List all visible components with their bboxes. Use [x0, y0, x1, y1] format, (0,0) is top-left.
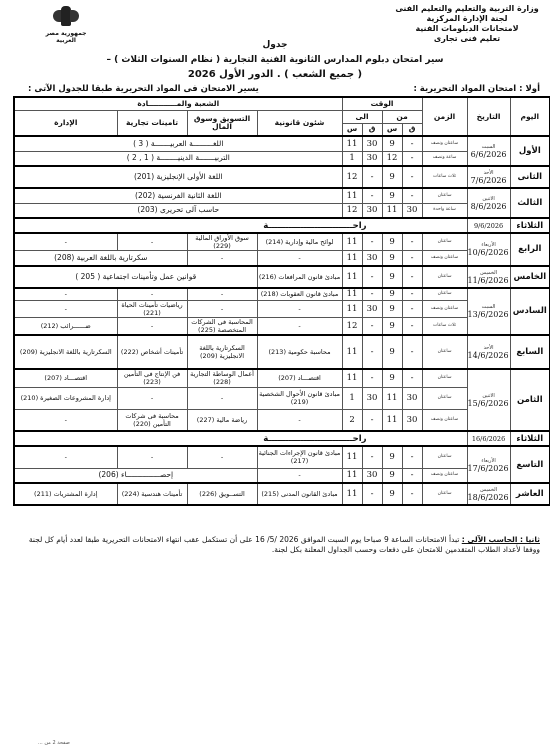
exam-row: السادسالسبت13/6/2026ساعتان-9-11مبادئ قان… — [14, 288, 550, 301]
subject-insurance: رياضيات تأمينات الحياة (221) — [117, 301, 187, 318]
day-name: الثامن — [510, 369, 550, 431]
exam-date: 16/6/2026 — [467, 431, 510, 446]
from-hour: 9 — [382, 251, 402, 266]
header-to-min: ق — [362, 123, 382, 136]
rest-label: راحـــــــــــــــــــــــــــــة — [14, 431, 467, 446]
to-hour: 11 — [342, 468, 362, 483]
subject-shared: قوانين عمل وتأمينات اجتماعية ( 205 ) — [14, 266, 257, 288]
date-cell: السبت13/6/2026 — [467, 288, 510, 336]
header-marketing: التسويق وسوق المال — [187, 110, 257, 136]
header-duration: الزمن — [422, 97, 467, 136]
subject-all-divisions: اللغة الثانية الفرنسية (202) — [14, 188, 342, 203]
subject-legal: لوائح مالية وإدارية (214) — [257, 233, 342, 251]
from-minute: - — [402, 468, 422, 483]
to-hour: 11 — [342, 301, 362, 318]
to-minute: 30 — [362, 203, 382, 218]
section-intro: يسير الامتحان فى المواد التحريرية طبقا ل… — [28, 84, 259, 94]
subject-marketing: - — [187, 251, 257, 266]
header-from-hour: س — [382, 123, 402, 136]
day-name: العاشر — [510, 483, 550, 505]
header-day: اليوم — [510, 97, 550, 136]
from-hour: 9 — [382, 335, 402, 369]
subject-marketing: المحاسبة فى الشركات المتخصصة (225) — [187, 318, 257, 336]
to-hour: 11 — [342, 266, 362, 288]
to-hour: 11 — [342, 233, 362, 251]
from-minute: - — [402, 251, 422, 266]
to-minute: 30 — [362, 251, 382, 266]
exam-row: الثانىالأحد7/6/2026ثلاث ساعات-9-12اللغة … — [14, 166, 550, 188]
to-hour: 11 — [342, 369, 362, 387]
ministry-line: لامتحانات الدبلومات الفنية — [392, 24, 542, 34]
duration: ساعتان — [422, 369, 467, 387]
header-to: الى — [342, 110, 382, 123]
exam-date: 6/6/2026 — [471, 150, 507, 159]
exam-date: 17/6/2026 — [468, 464, 509, 473]
to-minute: - — [362, 166, 382, 188]
subject-insurance: - — [117, 446, 187, 468]
header-insurance: تامينات تجارية — [117, 110, 187, 136]
exam-row: الثالثالاثنين8/6/2026ساعتان-9-11اللغة ال… — [14, 188, 550, 203]
from-minute: 30 — [402, 203, 422, 218]
to-hour: 12 — [342, 166, 362, 188]
subject-legal: مبادئ القانون المدنى (215) — [257, 483, 342, 505]
date-cell: الأربعاء17/6/2026 — [467, 446, 510, 483]
to-minute: - — [362, 409, 382, 431]
rest-day-row: الثلاثاء16/6/2026راحــــــــــــــــــــ… — [14, 431, 550, 446]
exam-date: 7/6/2026 — [471, 176, 507, 185]
subject-admin: ضــــــرائب (212) — [14, 318, 117, 336]
from-hour: 11 — [382, 387, 402, 409]
subject-marketing: السكرتارية باللغة الانجليزية (209) — [187, 335, 257, 369]
exam-date: 10/6/2026 — [468, 248, 509, 257]
subject-admin: - — [14, 446, 117, 468]
to-minute: - — [362, 446, 382, 468]
subject-shared: إحصـــــــــــــــاء (206) — [14, 468, 257, 483]
to-minute: - — [362, 188, 382, 203]
header-to-hour: س — [342, 123, 362, 136]
subject-legal: - — [257, 251, 342, 266]
to-minute: - — [362, 483, 382, 505]
day-name: الرابع — [510, 233, 550, 266]
subject-insurance: - — [117, 387, 187, 409]
subject-marketing: سوق الأوراق المالية (229) — [187, 233, 257, 251]
from-hour: 9 — [382, 266, 402, 288]
exam-date: 13/6/2026 — [468, 310, 509, 319]
subject-admin: - — [14, 409, 117, 431]
duration: ثلاث ساعات — [422, 166, 467, 188]
exam-schedule-table: اليوم التاريخ الزمن الوقت الشعبة والمـــ… — [13, 96, 550, 506]
date-cell: الاثنين8/6/2026 — [467, 188, 510, 218]
subject-admin: - — [14, 288, 117, 301]
from-hour: 9 — [382, 468, 402, 483]
to-minute: 30 — [362, 151, 382, 166]
day-name: السادس — [510, 288, 550, 336]
exam-date: 8/6/2026 — [471, 202, 507, 211]
from-minute: 30 — [402, 387, 422, 409]
from-hour: 9 — [382, 288, 402, 301]
ministry-header: وزارة التربية والتعليم والتعليم الفنى لج… — [392, 4, 542, 44]
date-cell: الاثنين15/6/2026 — [467, 369, 510, 431]
duration: ساعتان — [422, 387, 467, 409]
subject-legal: مبادئ قانون المرافعات (216) — [257, 266, 342, 288]
to-minute: 30 — [362, 387, 382, 409]
from-minute: - — [402, 136, 422, 151]
exam-row: الأولالسبت6/6/2026ساعتان ونصف-93011اللغـ… — [14, 136, 550, 151]
duration: ساعة ونصف — [422, 151, 467, 166]
date-cell: الأربعاء10/6/2026 — [467, 233, 510, 266]
to-hour: 11 — [342, 335, 362, 369]
from-minute: - — [402, 301, 422, 318]
day-name: السابع — [510, 335, 550, 369]
exam-row: الثامنالاثنين15/6/2026ساعتان-9-11اقتصـــ… — [14, 369, 550, 387]
day-name: الثلاثاء — [510, 218, 550, 233]
exam-row: الرابعالأربعاء10/6/2026ساعتان-9-11لوائح … — [14, 233, 550, 251]
exam-date: 11/6/2026 — [468, 276, 509, 285]
exam-row: السابعالأحد14/6/2026ساعتان-9-11محاسبة حك… — [14, 335, 550, 369]
from-minute: - — [402, 446, 422, 468]
subject-admin: اقتصـــاد (207) — [14, 369, 117, 387]
subject-admin: - — [14, 301, 117, 318]
ministry-line: لجنة الإدارة المركزية — [392, 14, 542, 24]
to-minute: 30 — [362, 301, 382, 318]
subject-admin: إدارة المشتريات (211) — [14, 483, 117, 505]
duration: ساعتان — [422, 188, 467, 203]
date-cell: الأحد7/6/2026 — [467, 166, 510, 188]
subject-legal: - — [257, 318, 342, 336]
subject-admin: - — [14, 233, 117, 251]
rest-label: راحـــــــــــــــــــــــــــــة — [14, 218, 467, 233]
to-hour: 11 — [342, 251, 362, 266]
duration: ساعتان ونصف — [422, 409, 467, 431]
duration: ساعتان — [422, 335, 467, 369]
from-minute: - — [402, 188, 422, 203]
subject-legal: اقتصـــاد (207) — [257, 369, 342, 387]
duration: ساعتان ونصف — [422, 251, 467, 266]
duration: ساعتان — [422, 483, 467, 505]
date-cell: الأحد14/6/2026 — [467, 335, 510, 369]
from-minute: 30 — [402, 409, 422, 431]
exam-row: الخامسالخميس11/6/2026ساعتان-9-11مبادئ قا… — [14, 266, 550, 288]
duration: ساعتان — [422, 288, 467, 301]
from-hour: 9 — [382, 318, 402, 336]
from-minute: - — [402, 151, 422, 166]
date-cell: الخميس18/6/2026 — [467, 483, 510, 505]
exam-row: التاسعالأربعاء17/6/2026ساعتان-9-11مبادئ … — [14, 446, 550, 468]
to-hour: 11 — [342, 188, 362, 203]
to-hour: 11 — [342, 136, 362, 151]
from-minute: - — [402, 483, 422, 505]
to-hour: 12 — [342, 318, 362, 336]
to-hour: 1 — [342, 387, 362, 409]
subject-insurance: - — [117, 288, 187, 301]
subject-all-divisions: حاسب آلى تحريرى (203) — [14, 203, 342, 218]
subject-marketing: - — [187, 288, 257, 301]
subject-shared: سكرتارية باللغة العربية (208) — [14, 251, 187, 266]
day-name: الخامس — [510, 266, 550, 288]
duration: ساعتان — [422, 233, 467, 251]
duration: ساعتان — [422, 446, 467, 468]
subject-insurance: تأمينات هندسية (224) — [117, 483, 187, 505]
to-hour: 11 — [342, 483, 362, 505]
subject-admin: السكرتارية باللغة الانجليزية (209) — [14, 335, 117, 369]
to-minute: - — [362, 318, 382, 336]
subject-all-divisions: اللغة الأولى الإنجليزية (201) — [14, 166, 342, 188]
subject-all-divisions: اللغـــــــــة العربيـــــــة ( 3 ) — [14, 136, 342, 151]
rest-day-row: الثلاثاء9/6/2026راحـــــــــــــــــــــ… — [14, 218, 550, 233]
computer-exam-note: ثانيا : الحاسب الآلى : تبدأ الامتحانات ا… — [20, 535, 540, 555]
to-hour: 12 — [342, 203, 362, 218]
day-name: الأول — [510, 136, 550, 166]
to-hour: 11 — [342, 446, 362, 468]
from-hour: 9 — [382, 483, 402, 505]
section-heading: أولا : امتحان المواد التحريرية : — [413, 84, 540, 94]
duration: ساعتان ونصف — [422, 468, 467, 483]
duration: ساعتان ونصف — [422, 301, 467, 318]
header-admin: الإدارة — [14, 110, 117, 136]
from-minute: - — [402, 266, 422, 288]
exam-date: 18/6/2026 — [468, 493, 509, 502]
subject-all-divisions: التربيـــــــة الدينيــــــــة ( 1 , 2 ) — [14, 151, 342, 166]
to-minute: - — [362, 288, 382, 301]
subject-legal: - — [257, 468, 342, 483]
from-hour: 9 — [382, 369, 402, 387]
page-subtitle: سير امتحان دبلوم المدارس الثانوية الفنية… — [0, 55, 550, 65]
note-label: ثانيا : الحاسب الآلى : — [462, 535, 540, 544]
exam-row: العاشرالخميس18/6/2026ساعتان-9-11مبادئ ال… — [14, 483, 550, 505]
from-hour: 12 — [382, 151, 402, 166]
page-number: صفحة 2 من ... — [38, 740, 70, 746]
subject-insurance: - — [117, 318, 187, 336]
to-minute: 30 — [362, 468, 382, 483]
header-time: الوقت — [342, 97, 422, 110]
duration: ساعتان — [422, 266, 467, 288]
exam-date: 9/6/2026 — [467, 218, 510, 233]
from-minute: - — [402, 318, 422, 336]
egypt-emblem: جمهورية مصر العربية — [42, 4, 90, 44]
from-hour: 9 — [382, 446, 402, 468]
subject-legal: - — [257, 409, 342, 431]
ministry-line: وزارة التربية والتعليم والتعليم الفنى — [392, 4, 542, 14]
to-hour: 11 — [342, 288, 362, 301]
to-minute: - — [362, 369, 382, 387]
header-division: الشعبة والمـــــــــــادة — [14, 97, 342, 110]
to-minute: - — [362, 233, 382, 251]
from-hour: 9 — [382, 136, 402, 151]
day-name: التاسع — [510, 446, 550, 483]
subject-marketing: التســويق (226) — [187, 483, 257, 505]
from-minute: - — [402, 369, 422, 387]
day-name: الثانى — [510, 166, 550, 188]
day-name: الثالث — [510, 188, 550, 218]
exam-date: 15/6/2026 — [468, 399, 509, 408]
from-minute: - — [402, 166, 422, 188]
subject-marketing: - — [187, 446, 257, 468]
from-minute: - — [402, 288, 422, 301]
header-from: من — [382, 110, 422, 123]
subject-marketing: - — [187, 387, 257, 409]
to-minute: 30 — [362, 136, 382, 151]
header-date: التاريخ — [467, 97, 510, 136]
exam-date: 14/6/2026 — [468, 351, 509, 360]
from-hour: 11 — [382, 409, 402, 431]
from-hour: 9 — [382, 166, 402, 188]
from-hour: 9 — [382, 301, 402, 318]
duration: ساعة واحدة — [422, 203, 467, 218]
from-hour: 11 — [382, 203, 402, 218]
subject-insurance: محاسبة فى شركات التأمين (220) — [117, 409, 187, 431]
duration: ساعتان ونصف — [422, 136, 467, 151]
subject-insurance: تأمينات أشخاص (222) — [117, 335, 187, 369]
date-cell: الخميس11/6/2026 — [467, 266, 510, 288]
date-cell: السبت6/6/2026 — [467, 136, 510, 166]
page-subtitle-2: ( جميع الشعب ) . الدور الأول 2026 — [0, 69, 550, 80]
day-name: الثلاثاء — [510, 431, 550, 446]
subject-legal: مبادئ قانون الإجراءات الجنائية (217) — [257, 446, 342, 468]
subject-marketing: رياضة مالية (227) — [187, 409, 257, 431]
from-minute: - — [402, 233, 422, 251]
to-hour: 2 — [342, 409, 362, 431]
subject-admin: إدارة المشروعات الصغيرة (210) — [14, 387, 117, 409]
subject-insurance: فن الإنتاج فى التأمين (223) — [117, 369, 187, 387]
subject-insurance: - — [117, 233, 187, 251]
header-from-min: ق — [402, 123, 422, 136]
subject-legal: مبادئ قانون العقوبات (218) — [257, 288, 342, 301]
subject-legal: مبادئ قانون الأحوال الشخصية (219) — [257, 387, 342, 409]
duration: ثلاث ساعات — [422, 318, 467, 336]
eagle-icon — [53, 4, 79, 28]
subject-legal: محاسبة حكومية (213) — [257, 335, 342, 369]
subject-legal: - — [257, 301, 342, 318]
to-minute: - — [362, 335, 382, 369]
page-title: جدول — [0, 40, 550, 50]
to-hour: 1 — [342, 151, 362, 166]
header-legal: شئون قانونية — [257, 110, 342, 136]
from-minute: - — [402, 335, 422, 369]
subject-marketing: أعمال الوساطة التجارية (228) — [187, 369, 257, 387]
to-minute: - — [362, 266, 382, 288]
subject-marketing: - — [187, 301, 257, 318]
from-hour: 9 — [382, 233, 402, 251]
from-hour: 9 — [382, 188, 402, 203]
